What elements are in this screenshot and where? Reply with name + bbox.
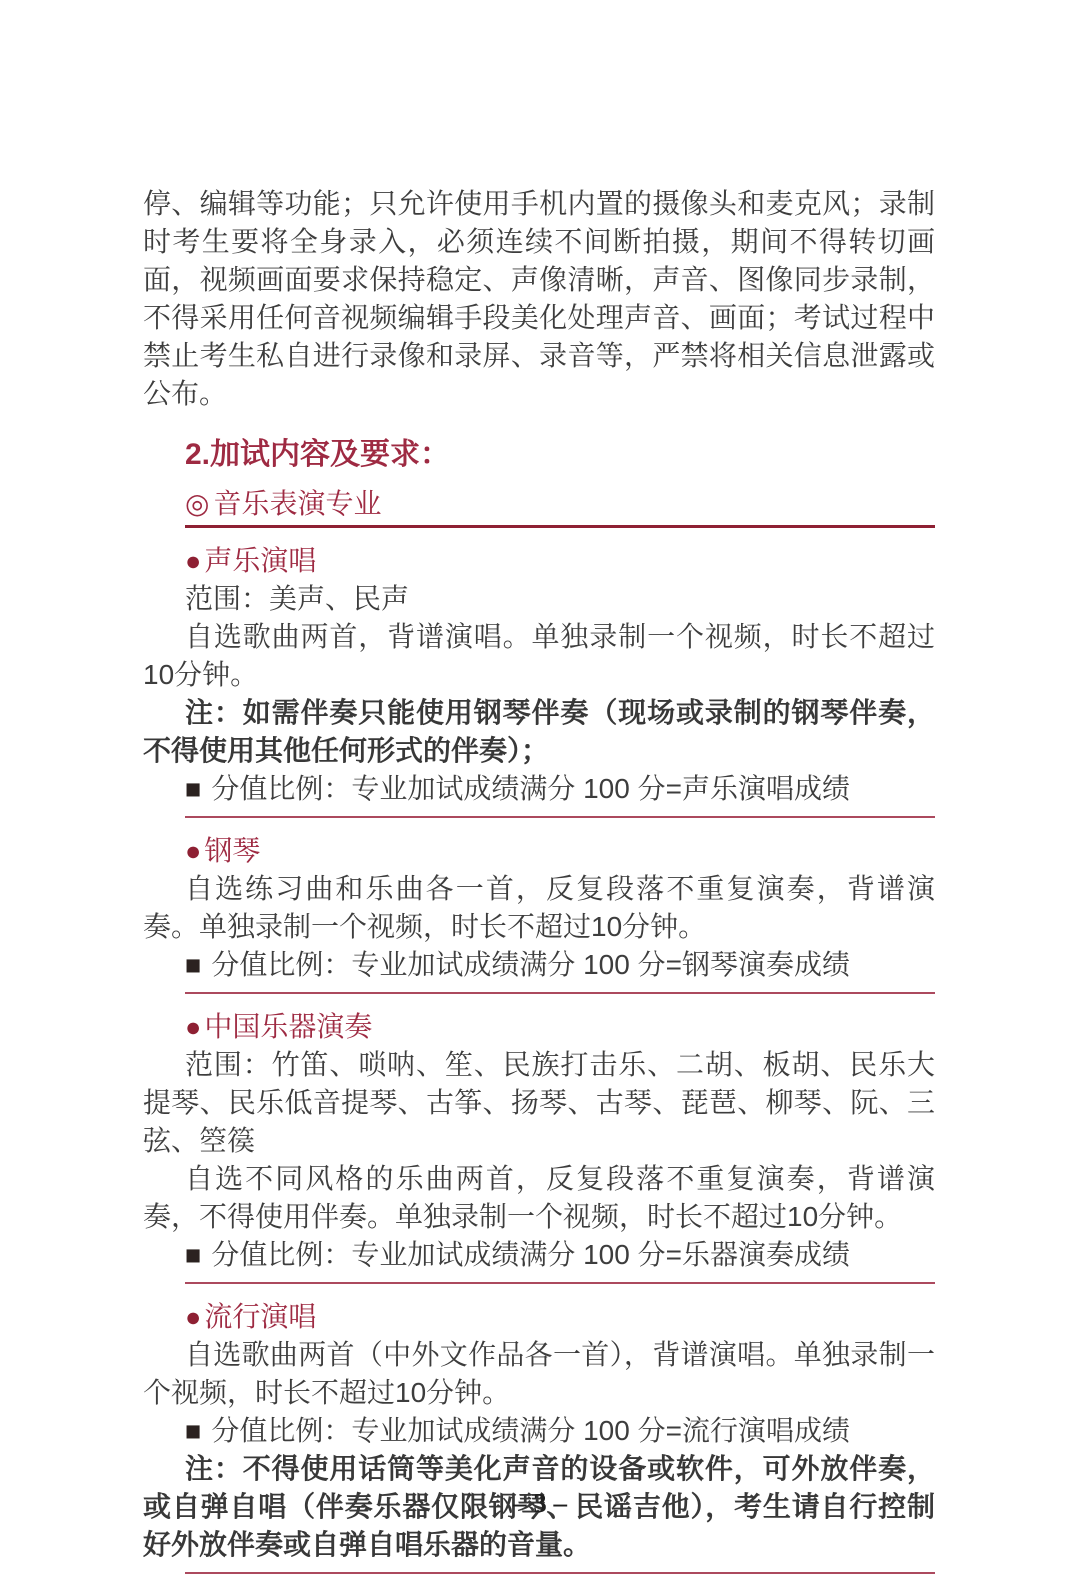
section-title: ●声乐演唱 — [143, 542, 935, 580]
heading-major-label: 音乐表演专业 — [213, 488, 381, 519]
section-title-label: 钢琴 — [204, 835, 260, 866]
score-paragraph: ■分值比例：专业加试成绩满分 100 分=乐器演奏成绩 — [143, 1236, 935, 1274]
section-divider — [185, 525, 935, 528]
score-paragraph: ■分值比例：专业加试成绩满分 100 分=声乐演唱成绩 — [143, 770, 935, 808]
requirement-paragraph: 自选歌曲两首，背谱演唱。单独录制一个视频，时长不超过10分钟。 — [143, 618, 935, 694]
heading-exam-content: 2.加试内容及要求： — [143, 435, 935, 475]
square-icon: ■ — [185, 774, 201, 804]
square-icon: ■ — [185, 1416, 201, 1446]
section-divider — [185, 992, 935, 994]
range-paragraph: 范围：美声、民声 — [143, 580, 935, 618]
section-title-label: 声乐演唱 — [204, 545, 316, 576]
heading-major: ◎音乐表演专业 — [143, 487, 935, 521]
section-title: ●中国乐器演奏 — [143, 1008, 935, 1046]
page-number: – 3 – — [0, 1488, 1080, 1519]
section-chinese-instruments: ●中国乐器演奏 范围：竹笛、唢呐、笙、民族打击乐、二胡、板胡、民乐大提琴、民乐低… — [143, 1008, 935, 1284]
intro-paragraph: 停、编辑等功能；只允许使用手机内置的摄像头和麦克风；录制时考生要将全身录入，必须… — [143, 185, 935, 413]
score-text: 分值比例：专业加试成绩满分 100 分=乐器演奏成绩 — [211, 1239, 850, 1270]
square-icon: ■ — [185, 1240, 201, 1270]
requirement-paragraph: 自选练习曲和乐曲各一首，反复段落不重复演奏，背谱演奏。单独录制一个视频，时长不超… — [143, 870, 935, 946]
document-page: 停、编辑等功能；只允许使用手机内置的摄像头和麦克风；录制时考生要将全身录入，必须… — [0, 0, 1080, 1591]
bullet-icon: ● — [185, 546, 201, 576]
requirement-paragraph: 自选歌曲两首（中外文作品各一首），背谱演唱。单独录制一个视频，时长不超过10分钟… — [143, 1336, 935, 1412]
section-divider — [185, 1572, 935, 1574]
section-title-label: 流行演唱 — [204, 1301, 316, 1332]
section-title: ●钢琴 — [143, 832, 935, 870]
score-paragraph: ■分值比例：专业加试成绩满分 100 分=流行演唱成绩 — [143, 1412, 935, 1450]
bullet-icon: ● — [185, 836, 201, 866]
section-title-label: 中国乐器演奏 — [204, 1011, 372, 1042]
requirement-paragraph: 自选不同风格的乐曲两首，反复段落不重复演奏，背谱演奏，不得使用伴奏。单独录制一个… — [143, 1160, 935, 1236]
range-paragraph: 范围：竹笛、唢呐、笙、民族打击乐、二胡、板胡、民乐大提琴、民乐低音提琴、古筝、扬… — [143, 1046, 935, 1160]
bullet-icon: ● — [185, 1012, 201, 1042]
section-piano: ●钢琴 自选练习曲和乐曲各一首，反复段落不重复演奏，背谱演奏。单独录制一个视频，… — [143, 832, 935, 994]
section-divider — [185, 1282, 935, 1284]
section-vocal-singing: ●声乐演唱 范围：美声、民声 自选歌曲两首，背谱演唱。单独录制一个视频，时长不超… — [143, 542, 935, 818]
note-paragraph: 注：如需伴奏只能使用钢琴伴奏（现场或录制的钢琴伴奏，不得使用其他任何形式的伴奏）… — [143, 694, 935, 770]
square-icon: ■ — [185, 950, 201, 980]
double-circle-icon: ◎ — [185, 488, 209, 519]
score-text: 分值比例：专业加试成绩满分 100 分=流行演唱成绩 — [211, 1415, 850, 1446]
section-pop-singing: ●流行演唱 自选歌曲两首（中外文作品各一首），背谱演唱。单独录制一个视频，时长不… — [143, 1298, 935, 1574]
score-text: 分值比例：专业加试成绩满分 100 分=钢琴演奏成绩 — [211, 949, 850, 980]
score-text: 分值比例：专业加试成绩满分 100 分=声乐演唱成绩 — [211, 773, 850, 804]
score-paragraph: ■分值比例：专业加试成绩满分 100 分=钢琴演奏成绩 — [143, 946, 935, 984]
section-divider — [185, 816, 935, 818]
section-title: ●流行演唱 — [143, 1298, 935, 1336]
bullet-icon: ● — [185, 1302, 201, 1332]
